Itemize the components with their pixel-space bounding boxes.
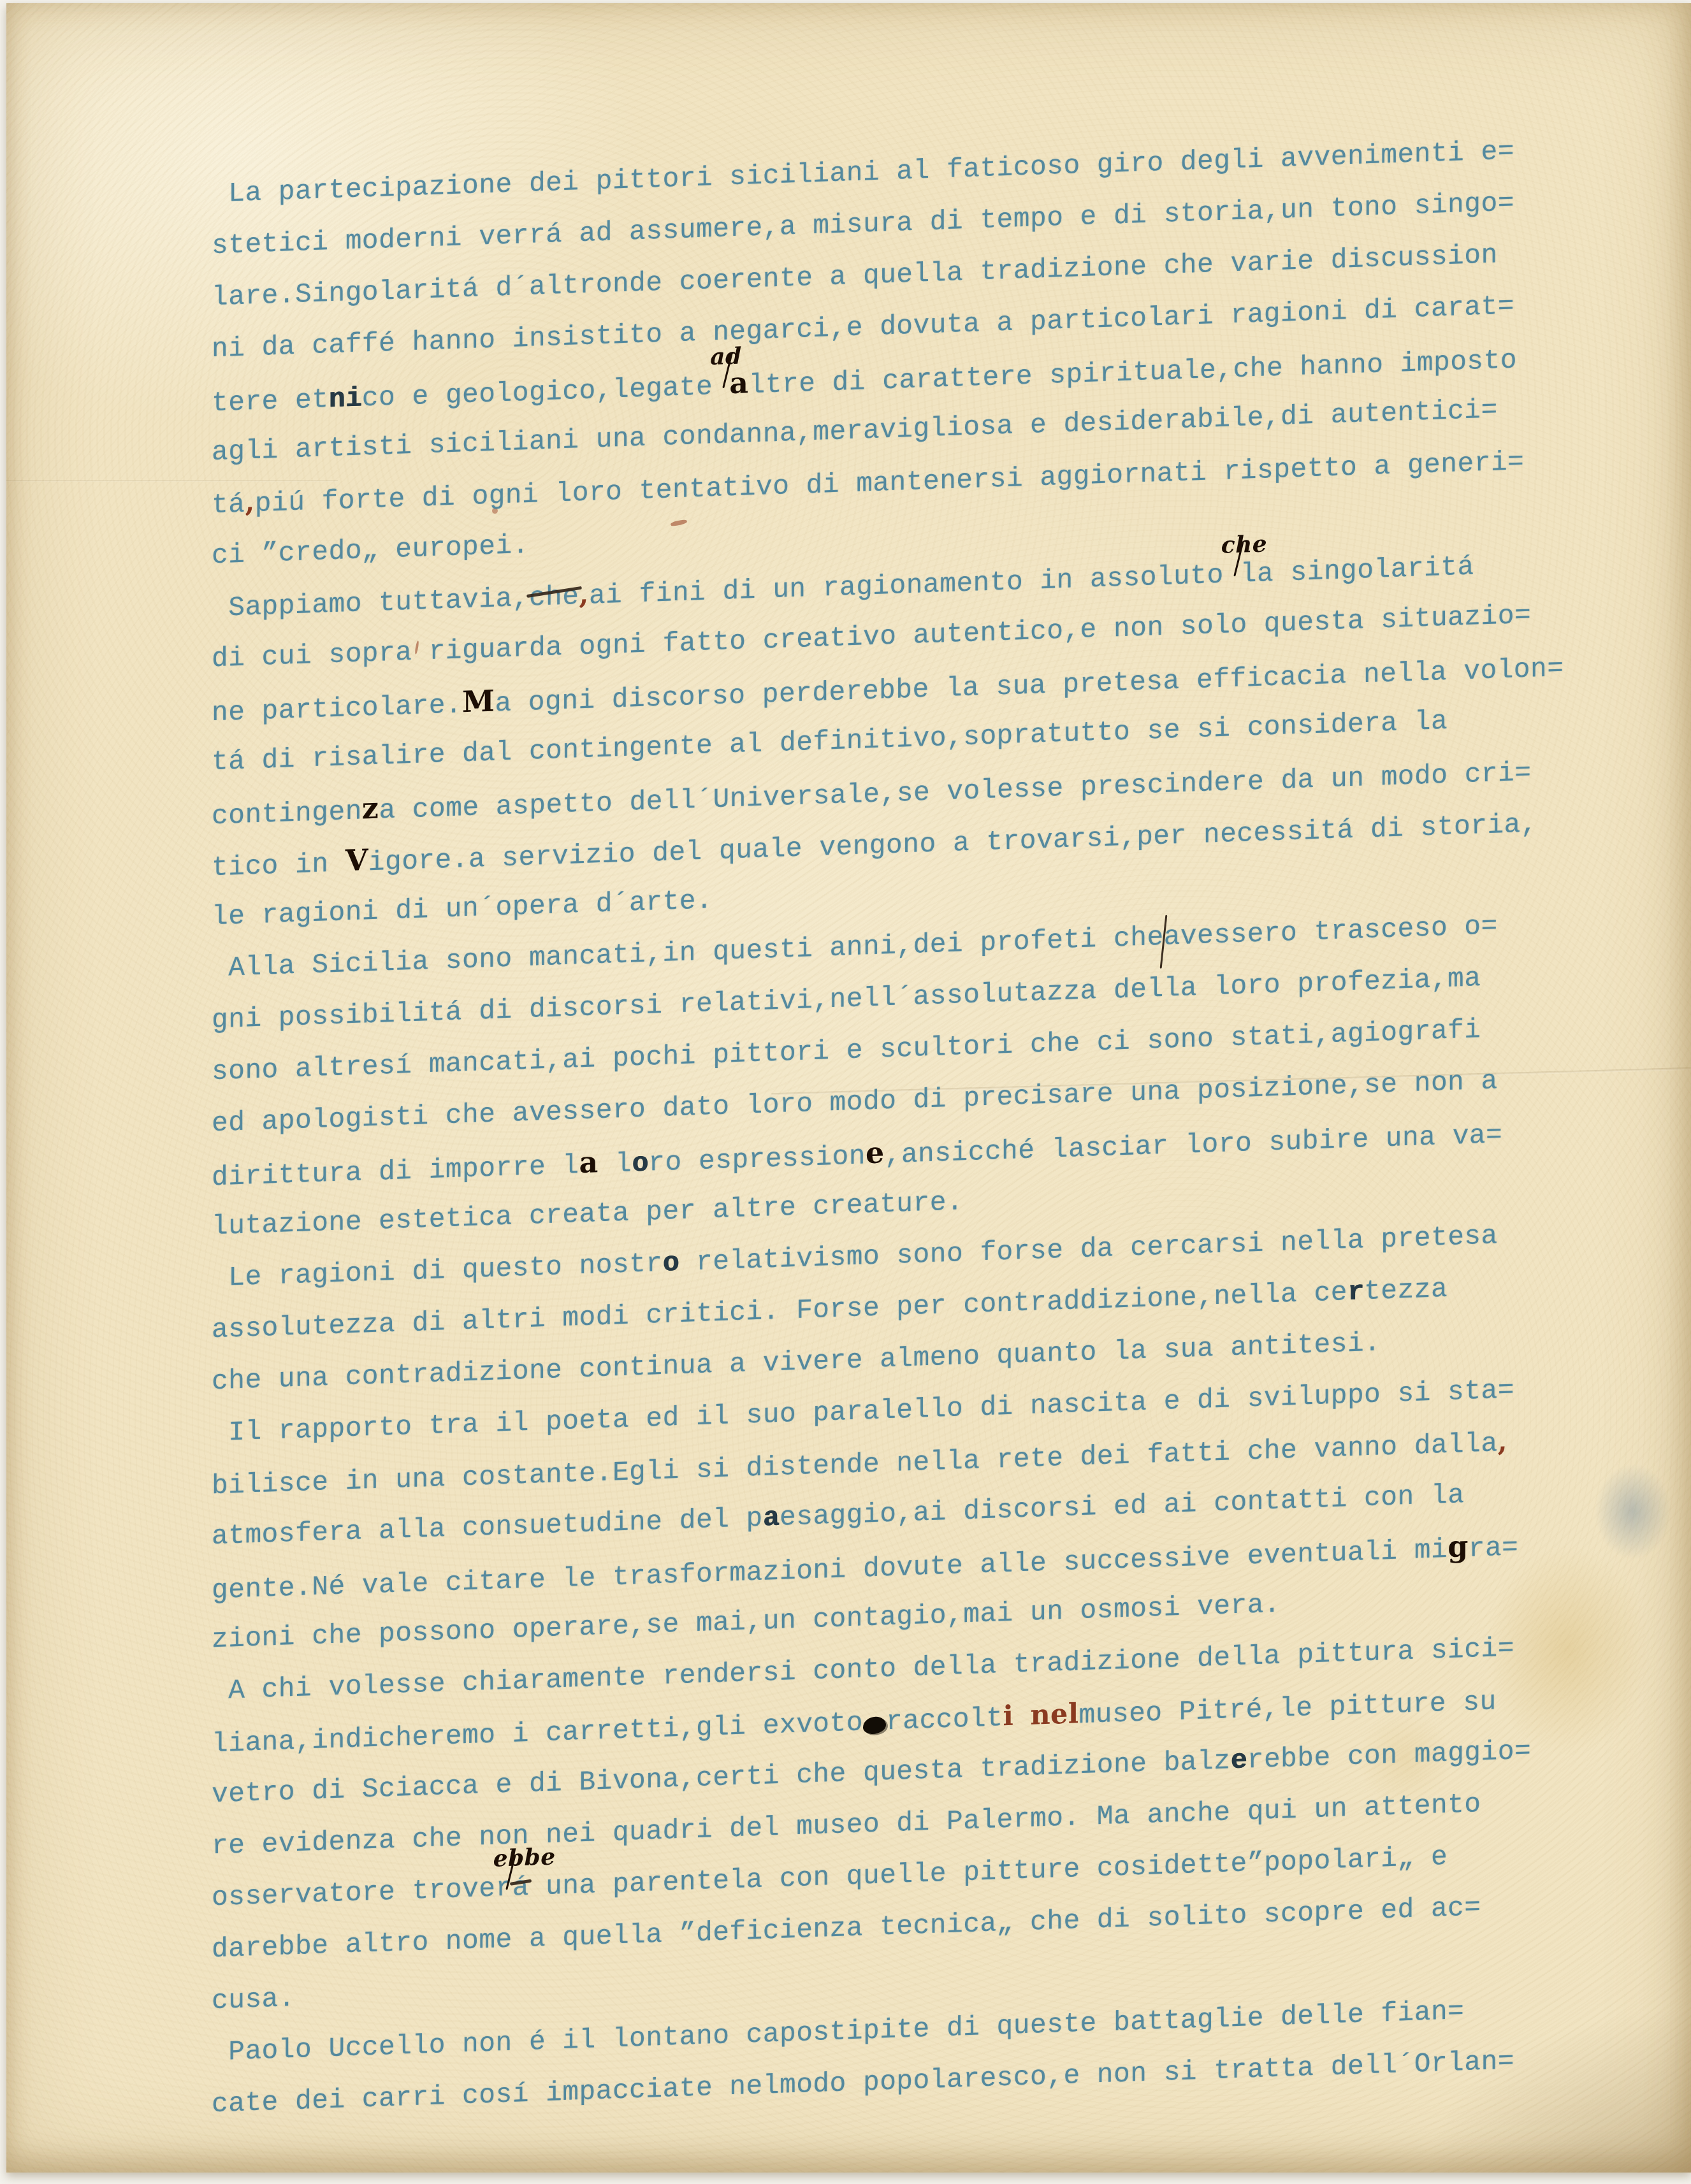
overstruck-letter: o <box>663 1247 679 1279</box>
red-pen-correction: , <box>1498 1426 1507 1458</box>
typed-text: ne particolare. <box>212 689 462 728</box>
pen-correction-letter: M <box>462 684 495 720</box>
typed-text: raccolt <box>886 1702 1003 1737</box>
overstruck-letter: r <box>1347 1276 1364 1308</box>
typed-text: Sappiamo tuttavia, <box>212 582 529 625</box>
typed-text: tico in <box>212 848 345 883</box>
typed-text: l <box>599 1148 632 1180</box>
overstruck-letter: a <box>763 1502 780 1534</box>
typed-text: le ragioni di un´opera d´arte. <box>212 885 713 932</box>
typed-text: rebbe con maggio= <box>1247 1735 1531 1776</box>
pen-struck-text: á <box>512 1862 529 1914</box>
scanned-letter-screenshot: { "document": { "kind": "typewritten pag… <box>0 0 1691 2184</box>
ink-blot <box>863 1716 886 1734</box>
document-page: La partecipazione dei pittori siciliani … <box>6 3 1691 2173</box>
typed-text: contingen <box>212 795 362 832</box>
text-block: La partecipazione dei pittori siciliani … <box>6 0 1691 2137</box>
typed-text: tá <box>212 489 245 521</box>
typed-text: la singolaritá <box>1240 551 1474 590</box>
typed-text: tere et <box>212 384 328 419</box>
pen-correction-letter: a <box>579 1145 599 1180</box>
typed-text: ci ”credo„ europei. <box>212 530 529 572</box>
pen-struck-text: che <box>529 570 579 624</box>
typed-text: osservatore trover <box>212 1872 512 1914</box>
typed-text: tezza <box>1364 1273 1448 1307</box>
typed-text: atmosfera alla consuetudine del p <box>212 1503 763 1552</box>
typed-text: cusa. <box>212 1983 295 2016</box>
pen-correction-letter: e <box>866 1135 885 1170</box>
red-pen-correction: , <box>245 486 254 519</box>
overstruck-letter: ni <box>328 382 361 415</box>
pen-correction-letter: g <box>1448 1529 1469 1564</box>
typed-text: ra= <box>1469 1531 1519 1565</box>
typed-text: avessero trasceso o= <box>1164 910 1498 952</box>
pen-correction-letter: z <box>362 791 379 826</box>
pen-correction-letter: V <box>345 843 368 878</box>
typed-text <box>1013 1702 1030 1733</box>
overstruck-letter: e <box>1230 1744 1247 1776</box>
typed-text: dirittura di imporre l <box>212 1150 579 1193</box>
pen-correction-letter: a <box>729 365 748 400</box>
overstruck-letter: o <box>632 1148 648 1180</box>
red-pen-correction: i <box>1003 1700 1013 1733</box>
typed-text: Le ragioni di questo nostr <box>212 1248 663 1294</box>
red-pen-correction: nel <box>1030 1698 1078 1732</box>
red-pen-correction: , <box>579 579 589 611</box>
typed-text: co e geologico,legate <box>362 370 730 414</box>
typed-text: museo Pitré,le pitture su <box>1079 1686 1497 1731</box>
typed-text: ro espression <box>648 1140 866 1178</box>
